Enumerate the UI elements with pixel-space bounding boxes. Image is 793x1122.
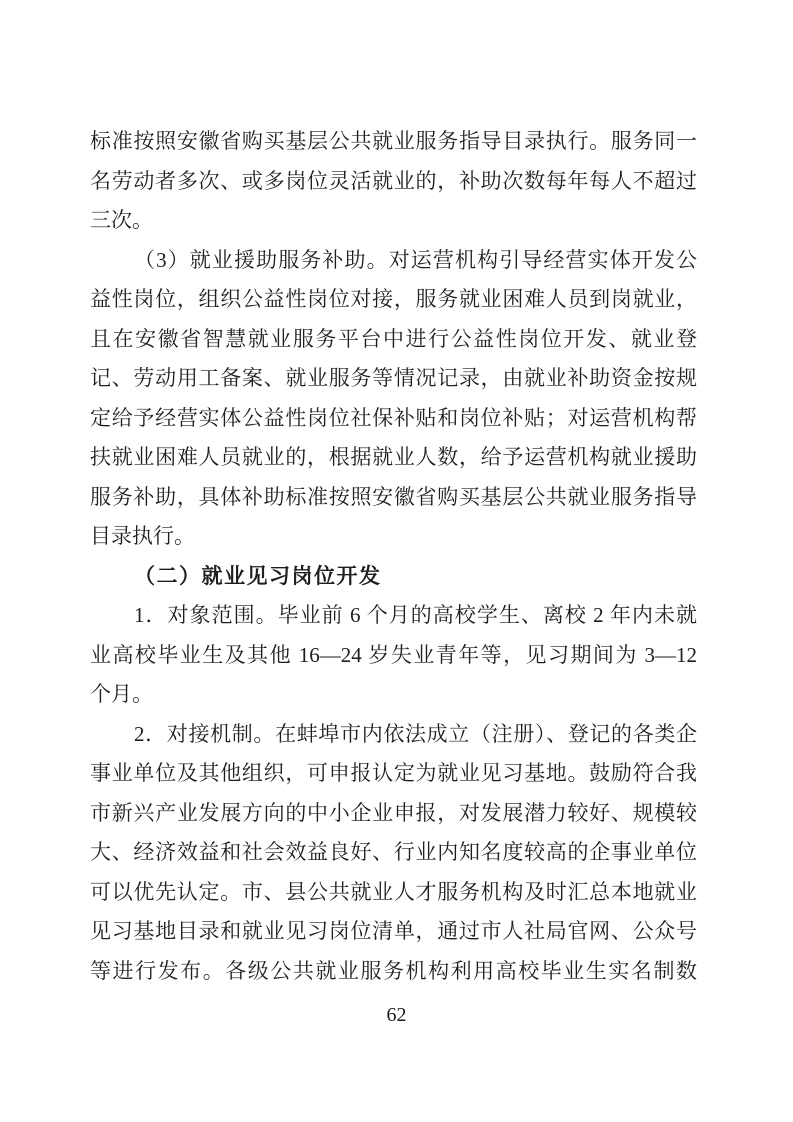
text-line: 标准按照安徽省购买基层公共就业服务指导目录执行。服务同一	[90, 122, 697, 162]
text-line: 等进行发布。各级公共就业服务机构利用高校毕业生实名制数	[90, 952, 697, 992]
text-line: 扶就业困难人员就业的，根据就业人数，给予运营机构就业援助	[90, 438, 697, 478]
paragraph: 2．对接机制。在蚌埠市内依法成立（注册）、登记的各类企 事业单位及其他组织，可申…	[90, 715, 697, 992]
text-line: 事业单位及其他组织，可申报认定为就业见习基地。鼓励符合我	[90, 754, 697, 794]
text-line: 服务补助，具体补助标准按照安徽省购买基层公共就业服务指导	[90, 478, 697, 518]
paragraph: 1．对象范围。毕业前 6 个月的高校学生、离校 2 年内未就 业高校毕业生及其他…	[90, 596, 697, 715]
text-line: 益性岗位，组织公益性岗位对接，服务就业困难人员到岗就业，	[90, 280, 697, 320]
text-block: 标准按照安徽省购买基层公共就业服务指导目录执行。服务同一 名劳动者多次、或多岗位…	[90, 122, 697, 991]
paragraph: 标准按照安徽省购买基层公共就业服务指导目录执行。服务同一 名劳动者多次、或多岗位…	[90, 122, 697, 241]
text-line: 三次。	[90, 201, 697, 241]
text-line: 且在安徽省智慧就业服务平台中进行公益性岗位开发、就业登	[90, 320, 697, 360]
text-line: 业高校毕业生及其他 16—24 岁失业青年等，见习期间为 3—12	[90, 636, 697, 676]
text-line: 可以优先认定。市、县公共就业人才服务机构及时汇总本地就业	[90, 873, 697, 913]
text-line: 名劳动者多次、或多岗位灵活就业的，补助次数每年每人不超过	[90, 162, 697, 202]
section-heading-text: （二）就业见习岗位开发	[90, 557, 697, 597]
section-heading: （二）就业见习岗位开发	[90, 557, 697, 597]
paragraph: （3）就业援助服务补助。对运营机构引导经营实体开发公 益性岗位，组织公益性岗位对…	[90, 241, 697, 557]
text-line: 市新兴产业发展方向的中小企业申报，对发展潜力较好、规模较	[90, 794, 697, 834]
text-line: （3）就业援助服务补助。对运营机构引导经营实体开发公	[90, 241, 697, 281]
document-page: 标准按照安徽省购买基层公共就业服务指导目录执行。服务同一 名劳动者多次、或多岗位…	[0, 0, 793, 1122]
text-line: 目录执行。	[90, 517, 697, 557]
text-line: 个月。	[90, 675, 697, 715]
text-line: 记、劳动用工备案、就业服务等情况记录，由就业补助资金按规	[90, 359, 697, 399]
text-line: 见习基地目录和就业见习岗位清单，通过市人社局官网、公众号	[90, 912, 697, 952]
text-line: 定给予经营实体公益性岗位社保补贴和岗位补贴；对运营机构帮	[90, 399, 697, 439]
page-number: 62	[0, 1001, 793, 1029]
text-line: 2．对接机制。在蚌埠市内依法成立（注册）、登记的各类企	[90, 715, 697, 755]
text-line: 大、经济效益和社会效益良好、行业内知名度较高的企事业单位	[90, 833, 697, 873]
text-line: 1．对象范围。毕业前 6 个月的高校学生、离校 2 年内未就	[90, 596, 697, 636]
